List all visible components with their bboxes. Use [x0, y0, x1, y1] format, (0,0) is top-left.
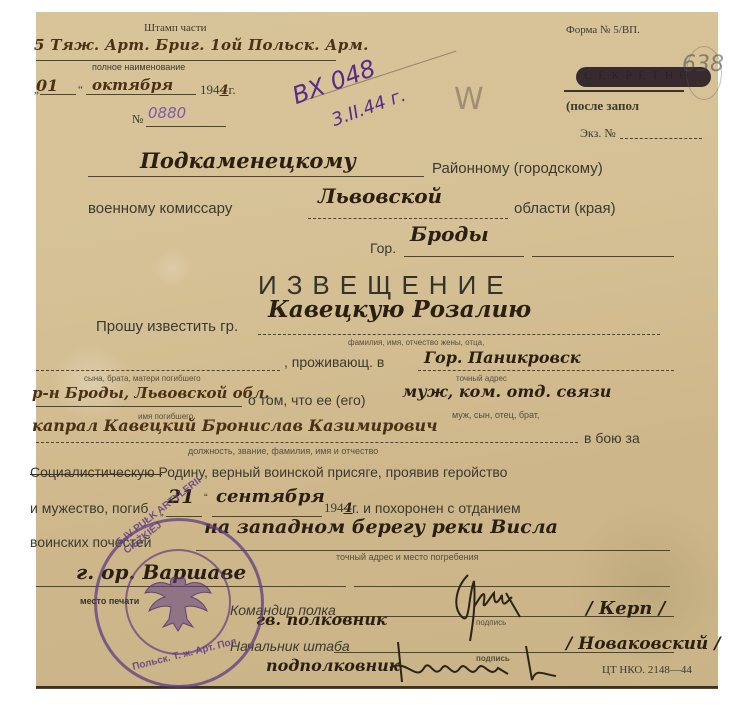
rank-name-handwritten: капрал Кавецкий Бронислав Казимирович	[32, 416, 438, 435]
stamp-label: Штамп части	[144, 22, 207, 34]
death-year: 1944	[324, 500, 353, 516]
document-paper: Штамп части 5 Тяж. Арт. Бриг. 1ой Польск…	[36, 12, 718, 688]
relation-handwritten: муж, ком. отд. связи	[402, 382, 611, 401]
unit-handwritten: 5 Тяж. Арт. Бриг. 1ой Польск. Арм.	[34, 36, 369, 54]
pencil-w-mark: W	[454, 82, 484, 117]
caption-relative-2: сына, брата, матери погибшего	[84, 374, 201, 383]
date-year-prefix: 194	[200, 82, 220, 97]
date-day-line	[40, 94, 76, 95]
date-year: 1944г.	[200, 82, 236, 98]
copy-label: Экз. №	[580, 126, 616, 141]
copy-line	[620, 138, 702, 139]
seal-inner-ring	[125, 549, 231, 655]
caption-rank: должность, звание, фамилия, имя и отчест…	[188, 446, 378, 456]
commander-signature	[446, 567, 536, 647]
district-label: Районному (городскому)	[432, 160, 603, 177]
chief-rank: подполковник	[266, 656, 400, 675]
text-line2b: г. и похоронен с отданием	[352, 500, 521, 516]
date-day: 01	[36, 76, 58, 95]
after-filling-note: (после запол	[566, 98, 639, 114]
commissar-label: военному комиссару	[88, 200, 232, 217]
text-line1: Социалистическую Родину, верный воинской…	[30, 464, 507, 480]
about-label: о том, что ее (его)	[248, 392, 366, 408]
date-close-quote: “	[78, 84, 83, 96]
commander-name: / Керп /	[586, 598, 665, 619]
date-year-unit: г.	[229, 82, 236, 97]
burial-line	[196, 550, 670, 551]
notify-label: Прошу известить гр.	[96, 318, 238, 335]
number-value: 0880	[148, 104, 186, 122]
city-line-2	[532, 256, 674, 257]
eagle-icon	[143, 569, 213, 633]
residence-line2-underline	[36, 406, 242, 407]
residence-line	[418, 370, 674, 371]
district-line	[88, 176, 424, 177]
death-month: сентября	[216, 486, 325, 507]
death-year-prefix: 194	[324, 500, 344, 515]
date-month-line	[86, 94, 196, 95]
printer-mark: ЦТ НКО. 2148—44	[602, 664, 692, 676]
unit-caption: полное наименование	[92, 62, 185, 72]
rank-line	[36, 442, 578, 443]
form-number: Форма № 5/ВП.	[566, 24, 640, 36]
number-label: №	[132, 112, 143, 127]
corner-circle-mark	[686, 46, 722, 100]
residence-line2: р-н Броды, Львовской обл.	[32, 384, 270, 402]
date-year-suffix: 4	[220, 83, 229, 98]
city-handwritten: Броды	[410, 222, 489, 246]
seal-place-caption: место печати	[80, 596, 139, 606]
strikethrough	[30, 474, 162, 475]
date-month: октября	[92, 76, 173, 94]
notify-line	[258, 334, 660, 335]
unit-line	[36, 60, 336, 61]
chief-signature	[386, 638, 566, 690]
text-line2a: и мужество, погиб	[30, 500, 148, 516]
number-line	[146, 126, 226, 127]
oblast-line	[308, 218, 508, 219]
city-label: Гор.	[370, 240, 396, 256]
chief-name: / Новаковский /	[566, 634, 720, 654]
notify-name: Кавецкую Розалию	[268, 296, 531, 323]
oblast-label: области (края)	[514, 200, 616, 217]
residing-label: , проживающ. в	[284, 354, 384, 370]
in-battle-label: в бою за	[584, 430, 640, 446]
caption-relative: фамилия, имя, отчество жены, отца,	[348, 338, 484, 347]
relative-line-2	[36, 370, 280, 371]
district-handwritten: Подкаменецкому	[140, 148, 356, 173]
oblast-handwritten: Львовской	[318, 184, 442, 208]
caption-burial: точный адрес и место погребения	[336, 552, 479, 562]
burial-handwritten: на западном берегу реки Висла	[204, 516, 558, 538]
commander-rank: гв. полковник	[256, 610, 387, 629]
caption-relation: муж, сын, отец, брат,	[452, 410, 539, 420]
city-line	[404, 256, 524, 257]
residence-handwritten: Гор. Паникровск	[424, 348, 581, 367]
secret-underline	[564, 90, 684, 92]
